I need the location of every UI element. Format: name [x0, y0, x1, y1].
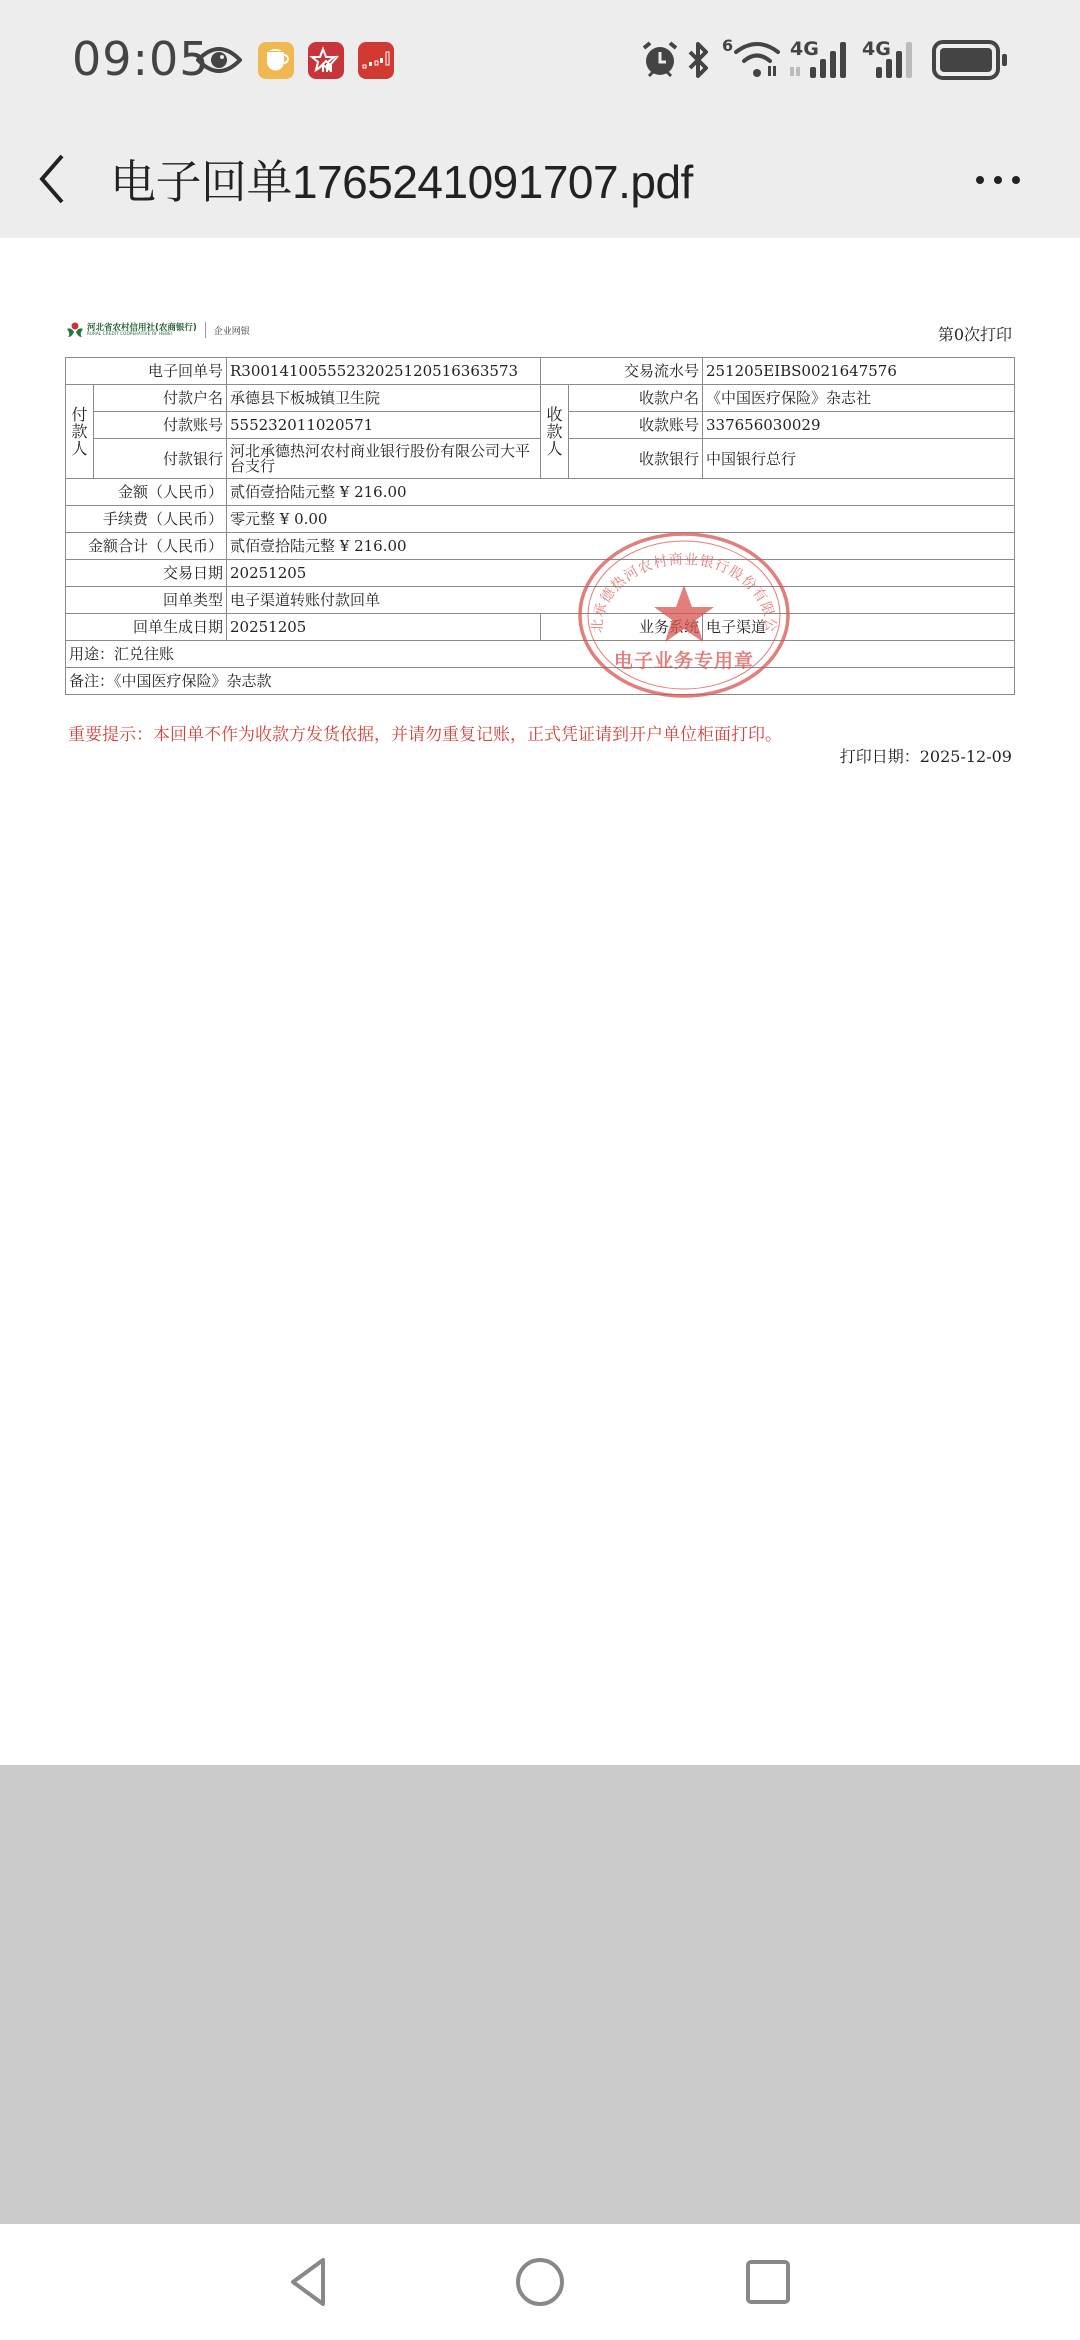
- nav-recents-icon: [738, 2252, 798, 2312]
- bank-logo: 河北省农村信用社(农商银行) RURAL CREDIT COOPERATIVE …: [66, 320, 250, 340]
- receipt-type-label: 回单类型: [65, 586, 227, 614]
- nav-back-icon: [278, 2252, 338, 2312]
- payer-name-label: 付款户名: [93, 384, 227, 412]
- bank-name-en: RURAL CREDIT COOPERATIVE OF HEBEI: [87, 332, 197, 336]
- bluetooth-icon: [686, 40, 712, 80]
- back-button[interactable]: [30, 146, 80, 210]
- payee-group-label: 收款人: [540, 384, 569, 479]
- payee-account-label: 收款账号: [568, 411, 703, 439]
- fee-label: 手续费（人民币）: [65, 505, 227, 533]
- payer-name-value: 承德县下板城镇卫生院: [226, 384, 541, 412]
- payer-bank-value: 河北承德热河农村商业银行股份有限公司大平台支行: [226, 438, 541, 479]
- star-chart-app-icon: [308, 42, 344, 79]
- more-horizontal-icon: [970, 160, 1030, 200]
- total-value: 贰佰壹拾陆元整 ¥ 216.00: [226, 532, 1015, 560]
- receipt-type-value: 电子渠道转账付款回单: [226, 586, 1015, 614]
- biz-system-value: 电子渠道: [702, 613, 1015, 641]
- serial-no-label: 交易流水号: [540, 357, 703, 385]
- coffee-app-icon: [258, 42, 294, 79]
- signal-4g-icon: [790, 40, 852, 80]
- wifi-icon: [732, 40, 782, 80]
- status-bar: 09:05 6 4G 4G: [0, 0, 1080, 120]
- nav-home-icon: [510, 2252, 570, 2312]
- nav-back-button[interactable]: [278, 2252, 338, 2312]
- stock-candle-app-icon: [358, 42, 394, 79]
- payee-account-value: 337656030029: [702, 411, 1015, 439]
- biz-system-label: 业务系统: [540, 613, 703, 641]
- logo-divider: [205, 322, 206, 338]
- trade-date-label: 交易日期: [65, 559, 227, 587]
- print-count: 第0次打印: [938, 322, 1012, 345]
- nav-recents-button[interactable]: [738, 2252, 798, 2312]
- document-title: 电子回单1765241091707.pdf: [110, 146, 693, 212]
- amount-label: 金额（人民币）: [65, 478, 227, 506]
- pdf-page: 河北省农村信用社(农商银行) RURAL CREDIT COOPERATIVE …: [0, 238, 1080, 1765]
- nav-home-button[interactable]: [510, 2252, 570, 2312]
- service-name: 企业网银: [214, 324, 250, 337]
- alarm-icon: [640, 40, 680, 80]
- system-nav-bar: [0, 2224, 1080, 2340]
- payer-group-label: 付款人: [65, 384, 94, 479]
- payer-account-label: 付款账号: [93, 411, 227, 439]
- eye-icon: [196, 44, 242, 76]
- pdf-viewport[interactable]: 河北省农村信用社(农商银行) RURAL CREDIT COOPERATIVE …: [0, 238, 1080, 1765]
- gen-date-label: 回单生成日期: [65, 613, 227, 641]
- payee-name-label: 收款户名: [568, 384, 703, 412]
- status-time: 09:05: [72, 32, 210, 86]
- pdf-background: [0, 1765, 1080, 2224]
- trade-date-value: 20251205: [226, 559, 1015, 587]
- gen-date-value: 20251205: [226, 613, 541, 641]
- payee-bank-value: 中国银行总行: [702, 438, 1015, 479]
- print-date: 打印日期：2025-12-09: [840, 744, 1012, 767]
- receipt-no-label: 电子回单号: [65, 357, 227, 385]
- payee-name-value: 《中国医疗保险》杂志社: [702, 384, 1015, 412]
- fee-value: 零元整 ¥ 0.00: [226, 505, 1015, 533]
- amount-value: 贰佰壹拾陆元整 ¥ 216.00: [226, 478, 1015, 506]
- remark-row: 备注：《中国医疗保险》杂志款: [65, 667, 1015, 695]
- purpose-row: 用途：汇兑往账: [65, 640, 1015, 668]
- important-notice: 重要提示：本回单不作为收款方发货依据，并请勿重复记账，正式凭证请到开户单位柜面打…: [68, 720, 782, 745]
- receipt-no-value: R30014100555232025120516363573: [226, 357, 541, 385]
- signal-4g-icon: [862, 40, 918, 80]
- title-bar: 电子回单1765241091707.pdf: [0, 120, 1080, 238]
- payee-bank-label: 收款银行: [568, 438, 703, 479]
- payer-bank-label: 付款银行: [93, 438, 227, 479]
- serial-no-value: 251205EIBS0021647576: [702, 357, 1015, 385]
- chevron-left-icon: [30, 146, 80, 210]
- battery-icon: [932, 40, 1012, 80]
- total-label: 金额合计（人民币）: [65, 532, 227, 560]
- bank-logo-icon: [66, 321, 84, 339]
- receipt-table: 电子回单号 R30014100555232025120516363573 交易流…: [65, 357, 1015, 697]
- more-options-button[interactable]: [970, 160, 1030, 200]
- payer-account-value: 555232011020571: [226, 411, 541, 439]
